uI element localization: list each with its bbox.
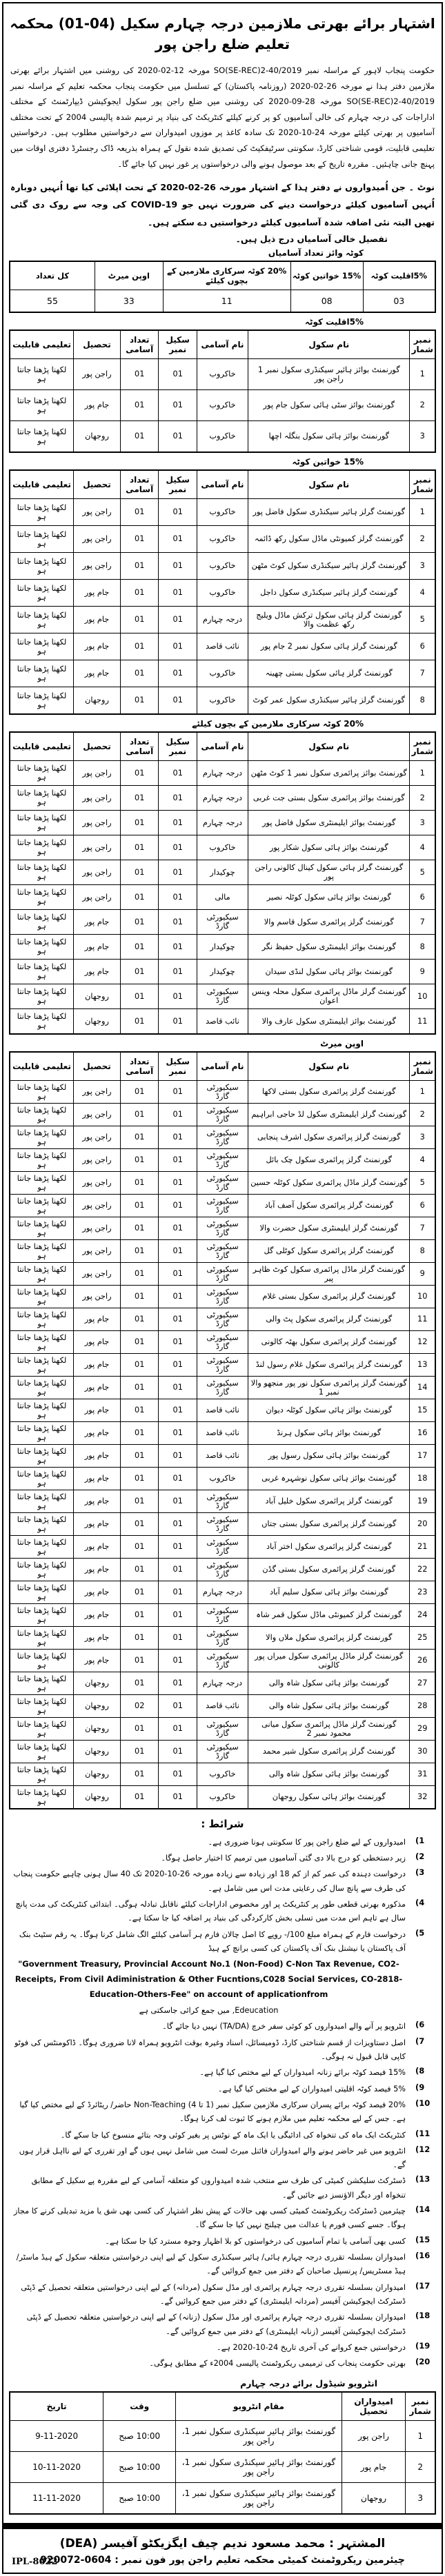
condition-number: (11 xyxy=(415,2129,436,2138)
condition-text: امیدواران بسلسلہ تقرری درجہ چہارم پرائمر… xyxy=(9,2281,406,2309)
cell: سیکیورٹی گارڈ xyxy=(197,1080,248,1103)
cell: سیکیورٹی گارڈ xyxy=(197,1353,248,1376)
cell: 01 xyxy=(159,1603,197,1626)
cell: 12 xyxy=(410,1330,435,1353)
cell: گورنمنٹ بوائز ایلیمنٹری سکول فاضل پور xyxy=(248,810,410,835)
cell: راجن پور xyxy=(74,525,121,552)
table-row: 2جام پورگورنمنٹ بوائز ہائیر سیکنڈری سکول… xyxy=(10,2451,435,2482)
column-header: تحصیل xyxy=(74,732,121,761)
table-row: 5گورنمنٹ گرلز ہائی سکول کینال کالونی راج… xyxy=(10,860,435,884)
cell: سیکیورٹی گارڈ xyxy=(197,1285,248,1308)
cell: 01 xyxy=(120,785,159,810)
cell: 01 xyxy=(120,498,159,525)
advert-ref-code: IPL-8622 xyxy=(12,2557,58,2567)
cell: چوکیدار xyxy=(197,959,248,984)
cell: سیکیورٹی گارڈ xyxy=(197,1308,248,1330)
table-row: 8گورنمنٹ گرلز پرائمری سکول کوٹلی گلسیکیو… xyxy=(10,1239,435,1262)
cell: گورنمنٹ گرلز پرائمری سکول قاسم والا xyxy=(248,909,410,934)
cell: گورنمنٹ گرلز ماڈل پرائمری سکول میراں پور… xyxy=(248,1649,410,1672)
cell: مالی xyxy=(197,884,248,909)
cell: 01 xyxy=(159,1490,197,1512)
cell: 01 xyxy=(120,1308,159,1330)
cell: جام پور xyxy=(74,660,121,687)
cell: لکھنا پڑھنا جانتا ہو xyxy=(10,1008,74,1034)
cell: گورنمنٹ گرلز پرائمری سکول خلیل آباد xyxy=(248,1490,410,1512)
cell: 01 xyxy=(120,1490,159,1512)
table-row: 23گورنمنٹ بوائز ہائی سکول سلیم آباددرجہ … xyxy=(10,1581,435,1603)
cell: سیکیورٹی گارڈ xyxy=(197,1490,248,1512)
cell: لکھنا پڑھنا جانتا ہو xyxy=(10,959,74,984)
table-row: 3گورنمنٹ بوائز ہائی سکول بنگلہ اچھاخاکرو… xyxy=(10,420,435,452)
cell: 01 xyxy=(120,1626,159,1649)
cell: جام پور xyxy=(74,633,121,660)
table-row: 6گورنمنٹ گرلز پرائمری سکول آصف آبادسیکیو… xyxy=(10,1194,435,1217)
cell: 01 xyxy=(159,420,197,452)
cell: 3 xyxy=(410,420,435,452)
cell: جام پور xyxy=(74,1558,121,1581)
table-row: 6گورنمنٹ گرلز ہائی سکول نمبر 2 جام پورنا… xyxy=(10,633,435,660)
column-header: نمبر شمار xyxy=(406,2392,435,2421)
cell: گورنمنٹ گرلز ہائیر سیکنڈری سکول داجل xyxy=(248,579,410,606)
interview-schedule-table: نمبر شمارامیدواران تحصیلمقام انٹرویووقتت… xyxy=(9,2391,436,2515)
cell: لکھنا پڑھنا جانتا ہو xyxy=(10,1581,74,1603)
quota-summary-caption: کوٹہ وائز تعداد آسامیاں xyxy=(9,248,364,258)
cell: نائب قاصد xyxy=(197,1444,248,1467)
cell: 01 xyxy=(159,552,197,579)
cell: روجھان xyxy=(74,984,121,1008)
cell: جام پور xyxy=(74,1467,121,1490)
cell: 01 xyxy=(159,1353,197,1376)
condition-text: درخواست دہندہ کی عمر کم از کم 18 اور زیا… xyxy=(9,1867,406,1896)
cell: 01 xyxy=(159,1649,197,1672)
cell: لکھنا پڑھنا جانتا ہو xyxy=(10,1490,74,1512)
table-row: 5گورنمنٹ گرلز ہائی سکول ترکش ماڈل ویلیج … xyxy=(10,606,435,633)
cell: 01 xyxy=(159,835,197,860)
column-header: نام آسامی xyxy=(197,732,248,761)
cell: لکھنا پڑھنا جانتا ہو xyxy=(10,884,74,909)
condition-text: زیر دستخطی کو درج بالا دی گئی آسامیوں می… xyxy=(9,1852,406,1865)
cell: 01 xyxy=(120,1080,159,1103)
cell: جام پور xyxy=(74,606,121,633)
condition-text: مذکورہ بھرتی قطعی طور پر کنٹریکٹ پر اور … xyxy=(9,1898,406,1926)
cell: 7 xyxy=(410,1217,435,1239)
cell: 6 xyxy=(410,633,435,660)
cell: 01 xyxy=(120,984,159,1008)
table-row: 1گورنمنٹ بوائز پرائمری سکول نمبر 1 کوٹ م… xyxy=(10,760,435,785)
employees-children-quota-table: نمبر شمارنام سکولنام آسامیسکیل نمبرتعداد… xyxy=(9,731,436,1035)
condition-text: 20% فیصد کوٹہ برائے پسران سرکاری ملازمین… xyxy=(9,2098,406,2127)
cell: 10:00 صبح xyxy=(103,2451,176,2482)
cell: 01 xyxy=(120,1239,159,1262)
table-row: 29گورنمنٹ گرلز ماڈل پرائمری سکول میانی م… xyxy=(10,1717,435,1740)
cell: سیکیورٹی گارڈ xyxy=(197,1239,248,1262)
condition-number: (2 xyxy=(415,1852,436,1861)
cell: 01 xyxy=(120,1217,159,1239)
cell: 01 xyxy=(159,1399,197,1421)
cell: 5 xyxy=(410,1171,435,1194)
condition-number: (18 xyxy=(415,2311,436,2320)
condition-text-tail: Edeucation, میں جمع کرائی جاسکتی ہے xyxy=(12,2004,406,2018)
cell: گورنمنٹ گرلز ایلیمنٹری سکول لڈ حاجی ابرا… xyxy=(248,1103,410,1126)
cell: لکھنا پڑھنا جانتا ہو xyxy=(10,1262,74,1285)
table-row: 7گورنمنٹ گرلز پرائمری سکول قاسم والاسیکی… xyxy=(10,909,435,934)
cell: لکھنا پڑھنا جانتا ہو xyxy=(10,1171,74,1194)
cell: سیکیورٹی گارڈ xyxy=(197,1649,248,1672)
condition-text: امیدواران بسلسلہ تقرری درجہ چہارم ہائی/ … xyxy=(9,2251,406,2279)
condition-number: (9 xyxy=(415,2082,436,2092)
table-row: 8گورنمنٹ بوائز ایلیمنٹری سکول حفیظ نگرچو… xyxy=(10,934,435,959)
table-row: 10گورنمنٹ گرلز ماڈل پرائمری سکول محلہ وی… xyxy=(10,984,435,1008)
cell: 01 xyxy=(159,579,197,606)
cell: لکھنا پڑھنا جانتا ہو xyxy=(10,785,74,810)
cell: 23 xyxy=(410,1581,435,1603)
cell: راجن پور xyxy=(74,1285,121,1308)
cell: 55 xyxy=(10,290,95,312)
cell: 01 xyxy=(159,1080,197,1103)
cell: 01 xyxy=(159,1308,197,1330)
cell: لکھنا پڑھنا جانتا ہو xyxy=(10,1080,74,1103)
column-header: 15% خواتین کوٹہ xyxy=(290,261,363,290)
table-row: 3گورنمنٹ گرلز ہائیر سیکنڈری سکول کوٹ مٹھ… xyxy=(10,552,435,579)
cell: لکھنا پڑھنا جانتا ہو xyxy=(10,1330,74,1353)
cell: 7 xyxy=(410,909,435,934)
cell: 01 xyxy=(120,1376,159,1399)
cell: 3 xyxy=(410,552,435,579)
cell: لکھنا پڑھنا جانتا ہو xyxy=(10,633,74,660)
cell: گورنمنٹ گرلز پرائمری سکول بھٹہ کالونی xyxy=(248,1330,410,1353)
cell: 01 xyxy=(120,1785,159,1809)
cell: گورنمنٹ گرلز کمیونٹی ماڈل سکول قمر شاہ xyxy=(248,1603,410,1626)
cell: 01 xyxy=(159,1694,197,1717)
condition-text: امیدواران بسلسلہ تقرری درجہ چہارم پرائمر… xyxy=(9,2311,406,2339)
table-row: 24گورنمنٹ گرلز کمیونٹی ماڈل سکول قمر شاہ… xyxy=(10,1603,435,1626)
cell: 3 xyxy=(410,1126,435,1148)
cell: روجھان xyxy=(74,687,121,714)
cell: گورنمنٹ گرلز ہائیر سیکنڈری سکول کوٹ مٹھن xyxy=(248,552,410,579)
condition-item: (14چیئرمین ڈسٹرکٹ ریکروٹمنٹ کمیٹی کسی بھ… xyxy=(9,2204,436,2233)
cell: 22 xyxy=(410,1558,435,1581)
cell: گورنمنٹ گرلز پرائمری سکول چک بائل xyxy=(248,1148,410,1171)
intro-paragraph: حکومت پنجاب لاہور کے مراسلہ نمبر SO(SE-R… xyxy=(10,63,435,172)
footer: المشتہر : محمد مسعود ندیم چیف ایگزیکٹو آ… xyxy=(9,2536,436,2566)
cell: نائب قاصد xyxy=(197,1694,248,1717)
condition-number: (14 xyxy=(415,2204,436,2214)
cell: گورنمنٹ بوائز ایلیمنٹری سکول حفیظ نگر xyxy=(248,934,410,959)
condition-item: (18امیدواران بسلسلہ تقرری درجہ چہارم پرا… xyxy=(9,2311,436,2339)
cell: 2 xyxy=(406,2451,435,2482)
cell: 01 xyxy=(120,1008,159,1034)
cell: راجن پور xyxy=(74,1148,121,1171)
table-row: 30گورنمنٹ گرلز پرائمری سکول شیر محمدسیکی… xyxy=(10,1740,435,1763)
cell: 01 xyxy=(159,1262,197,1285)
cell: 01 xyxy=(120,1126,159,1148)
cell: لکھنا پڑھنا جانتا ہو xyxy=(10,1103,74,1126)
cell: لکھنا پڑھنا جانتا ہو xyxy=(10,860,74,884)
condition-number: (10 xyxy=(415,2098,436,2108)
cell: 01 xyxy=(159,1171,197,1194)
cell: 1 xyxy=(410,498,435,525)
condition-item: (1امیدواروں کے لیے ضلع راجن پور کا سکونت… xyxy=(9,1836,436,1849)
cell: لکھنا پڑھنا جانتا ہو xyxy=(10,1194,74,1217)
cell: لکھنا پڑھنا جانتا ہو xyxy=(10,984,74,1008)
cell: لکھنا پڑھنا جانتا ہو xyxy=(10,1740,74,1763)
note-paragraph: نوٹ ۔ جن اُمیدواروں نے دفتر ہذا کے اشتہا… xyxy=(10,179,435,231)
cell: 15 xyxy=(410,1399,435,1421)
cell: سیکیورٹی گارڈ xyxy=(197,1217,248,1239)
cell: 01 xyxy=(120,959,159,984)
cell: 01 xyxy=(159,1330,197,1353)
cell: 01 xyxy=(120,606,159,633)
cell: درجہ چہارم xyxy=(197,760,248,785)
cell: سیکیورٹی گارڈ xyxy=(197,1376,248,1399)
cell: لکھنا پڑھنا جانتا ہو xyxy=(10,909,74,934)
cell: جام پور xyxy=(74,909,121,934)
column-header: نمبر شمار xyxy=(410,732,435,761)
condition-item: (6انٹرویو پر آنے والے امیدواروں کو کوئی … xyxy=(9,2020,436,2034)
condition-number: (17 xyxy=(415,2281,436,2291)
cell: سیکیورٹی گارڈ xyxy=(197,1148,248,1171)
cell: لکھنا پڑھنا جانتا ہو xyxy=(10,1399,74,1421)
cell: گورنمنٹ بوائز پرائمری سکول بستی جت غربی xyxy=(248,785,410,810)
cell: راجن پور xyxy=(74,810,121,835)
cell: گورنمنٹ گرلز ماڈل پرائمری سکول میانی محم… xyxy=(248,1717,410,1740)
cell: روجھان xyxy=(342,2482,406,2514)
cell: جام پور xyxy=(74,1603,121,1626)
cell: 01 xyxy=(159,860,197,884)
table-row: 25گورنمنٹ گرلز پرائمری سکول ملاں والاسیک… xyxy=(10,1626,435,1649)
advertiser-line: المشتہر : محمد مسعود ندیم چیف ایگزیکٹو آ… xyxy=(9,2536,436,2550)
cell: گورنمنٹ گرلز ہائیر سیکنڈری سکول فاضل پور xyxy=(248,498,410,525)
cell: 26 xyxy=(410,1649,435,1672)
cell: سیکیورٹی گارڈ xyxy=(197,1535,248,1558)
cell: گورنمنٹ بوائز ہائی سکول لنڈی سیدان xyxy=(248,959,410,984)
cell: 4 xyxy=(410,1148,435,1171)
cell: 5 xyxy=(410,860,435,884)
table-row: 10گورنمنٹ گرلز پرائمری سکول بستی غلامسیک… xyxy=(10,1285,435,1308)
condition-text: درخواستیں جمع کروانے کی آخری تاریخ 24-10… xyxy=(9,2341,406,2355)
cell: 1 xyxy=(410,760,435,785)
table-row: 26گورنمنٹ گرلز ماڈل پرائمری سکول میراں پ… xyxy=(10,1649,435,1672)
cell: 31 xyxy=(410,1763,435,1785)
cell: راجن پور xyxy=(74,1126,121,1148)
cell: لکھنا پڑھنا جانتا ہو xyxy=(10,1421,74,1444)
cell: 30 xyxy=(410,1740,435,1763)
cell: 01 xyxy=(120,760,159,785)
condition-item: (4مذکورہ بھرتی قطعی طور پر کنٹریکٹ پر او… xyxy=(9,1898,436,1926)
cell: گورنمنٹ گرلز ماڈل پرائمری سکول کوٹلہ حسی… xyxy=(248,1171,410,1194)
cell: سیکیورٹی گارڈ xyxy=(197,1171,248,1194)
cell: گورنمنٹ گرلز ہائی سکول ترکش ماڈل ویلیج ر… xyxy=(248,606,410,633)
condition-text: انٹرویو میں غیر حاضر ہونے والے امیدواران… xyxy=(9,2144,406,2173)
cell: 20 xyxy=(410,1512,435,1535)
cell: 01 xyxy=(120,1603,159,1626)
condition-item: (12انٹرویو میں غیر حاضر ہونے والے امیدوا… xyxy=(9,2144,436,2173)
cell: جام پور xyxy=(74,1330,121,1353)
cell: 01 xyxy=(159,1626,197,1649)
cell: 01 xyxy=(120,389,159,420)
cell: گورنمنٹ گرلز ہائی سکول نمبر 2 جام پور xyxy=(248,633,410,660)
table-row: 5گورنمنٹ گرلز ماڈل پرائمری سکول کوٹلہ حس… xyxy=(10,1171,435,1194)
cell: سیکیورٹی گارڈ xyxy=(197,984,248,1008)
cell: گورنمنٹ بوائز ہائی سکول شکار پور xyxy=(248,835,410,860)
table-row: 0308113355 xyxy=(10,290,435,312)
column-header: 5%اقلیت کوٹہ xyxy=(363,261,435,290)
cell: راجن پور xyxy=(74,884,121,909)
cell: روجھان xyxy=(74,1785,121,1809)
cell: گورنمنٹ بوائز ہائیر سیکنڈری سکول نمبر 1،… xyxy=(176,2451,342,2482)
column-header: نام سکول xyxy=(248,732,410,761)
chairman-contact-line: چیئرمین ریکروٹمنٹ کمیٹی محکمہ تعلیم راجن… xyxy=(9,2555,436,2566)
cell: 01 xyxy=(120,810,159,835)
table-row: 20گورنمنٹ گرلز پرائمری سکول بستی جتاںسیک… xyxy=(10,1512,435,1535)
cell: 01 xyxy=(159,1126,197,1148)
cell: 01 xyxy=(120,1717,159,1740)
cell: 2 xyxy=(410,785,435,810)
note-label: نوٹ ۔ xyxy=(409,182,435,192)
table-row: 14گورنمنٹ گرلز پرائمری سکول نور پور منجھ… xyxy=(10,1376,435,1399)
divider-bar xyxy=(3,2523,442,2529)
cell: گورنمنٹ بوائز ہائی سکول کوٹلہ نصیر xyxy=(248,884,410,909)
cell: 8 xyxy=(410,934,435,959)
cell: 01 xyxy=(120,1649,159,1672)
column-header: نمبر شمار xyxy=(410,470,435,499)
condition-item: (17امیدواران بسلسلہ تقرری درجہ چہارم پرا… xyxy=(9,2281,436,2309)
cell: 11-11-2020 xyxy=(10,2482,103,2514)
table-row: 21گورنمنٹ گرلز پرائمری سکول اختر آبادسیک… xyxy=(10,1535,435,1558)
table-row: 1گورنمنٹ بوائز ہائیر سیکنڈری سکول نمبر 1… xyxy=(10,358,435,389)
cell: گورنمنٹ گرلز ماڈل پرائمری سکول محلہ وینس… xyxy=(248,984,410,1008)
table-row: 4گورنمنٹ گرلز پرائمری سکول چک بائلسیکیور… xyxy=(10,1148,435,1171)
cell: راجن پور xyxy=(74,785,121,810)
minority-quota-table: نمبر شمارنام سکولنام آسامیسکیل نمبرتعداد… xyxy=(9,329,436,453)
cell: راجن پور xyxy=(74,1239,121,1262)
cell: گورنمنٹ گرلز پرائمری سکول نور پور منجھو … xyxy=(248,1376,410,1399)
cell: 11 xyxy=(410,1308,435,1330)
cell: 01 xyxy=(159,1008,197,1034)
table-row: 1گورنمنٹ گرلز پرائمری سکول بستی لاکھاسیک… xyxy=(10,1080,435,1103)
column-header: تعلیمی قابلیت xyxy=(10,732,74,761)
cell: گورنمنٹ گرلز پرائمری سکول کوٹلی گل xyxy=(248,1239,410,1262)
table-row: 2گورنمنٹ گرلز ایلیمنٹری سکول لڈ حاجی ابر… xyxy=(10,1103,435,1126)
cell: 3 xyxy=(406,2482,435,2514)
cell: راجن پور xyxy=(74,1217,121,1239)
cell: گورنمنٹ گرلز ہائیر سیکنڈری سکول عمر کوٹ xyxy=(248,687,410,714)
cell: گورنمنٹ گرلز پرائمری سکول بستی گڈن xyxy=(248,1558,410,1581)
condition-text: درخواست فارم کے ہمراہ مبلغ 100/- روپے کا… xyxy=(9,1928,406,2018)
cell: 01 xyxy=(159,1740,197,1763)
column-header: تاریخ xyxy=(10,2392,103,2421)
cell: 08 xyxy=(290,290,363,312)
cell: 01 xyxy=(159,1717,197,1740)
cell: 01 xyxy=(159,785,197,810)
cell: لکھنا پڑھنا جانتا ہو xyxy=(10,1285,74,1308)
cell: 01 xyxy=(120,1285,159,1308)
cell: 01 xyxy=(120,835,159,860)
cell: گورنمنٹ گرلز پرائمری سکول آصف آباد xyxy=(248,1194,410,1217)
cell: خاکروب xyxy=(197,525,248,552)
column-header: نمبر شمار xyxy=(410,1052,435,1081)
cell: 8 xyxy=(410,687,435,714)
cell: خاکروب xyxy=(197,498,248,525)
cell: 01 xyxy=(159,884,197,909)
cell: نائب قاصد xyxy=(197,1399,248,1421)
cell: 01 xyxy=(159,358,197,389)
cell: 01 xyxy=(120,579,159,606)
cell: 01 xyxy=(120,1467,159,1490)
cell: 01 xyxy=(120,934,159,959)
cell: درجہ چہارم xyxy=(197,810,248,835)
condition-number: (3 xyxy=(415,1867,436,1877)
cell: 5 xyxy=(410,606,435,633)
conditions-list: (1امیدواروں کے لیے ضلع راجن پور کا سکونت… xyxy=(9,1836,436,2371)
cell: 01 xyxy=(120,1194,159,1217)
condition-text: امیدواروں کے لیے ضلع راجن پور کا سکونتی … xyxy=(9,1836,406,1849)
cell: 01 xyxy=(120,1763,159,1785)
cell: گورنمنٹ بوائز ہائی سکول کوٹلہ دیوان xyxy=(248,1399,410,1421)
cell: لکھنا پڑھنا جانتا ہو xyxy=(10,1763,74,1785)
condition-text: 5% فیصد کوٹہ اقلیتی امیدواران کے لیے مخت… xyxy=(9,2082,406,2096)
cell: سیکیورٹی گارڈ xyxy=(197,1740,248,1763)
cell: 7 xyxy=(410,660,435,687)
cell: لکھنا پڑھنا جانتا ہو xyxy=(10,498,74,525)
cell: درجہ چہارم xyxy=(197,1672,248,1694)
table-row: 1گورنمنٹ گرلز ہائیر سیکنڈری سکول فاضل پو… xyxy=(10,498,435,525)
cell: 01 xyxy=(120,1171,159,1194)
page-title: اشتہار برائے بھرتی ملازمین درجہ چہارم سک… xyxy=(9,13,436,54)
cell: 10:00 صبح xyxy=(103,2482,176,2514)
condition-number: (12 xyxy=(415,2144,436,2154)
condition-item: (7اصل دستاویزات از قسم شناختی کارڈ، ڈومی… xyxy=(9,2036,436,2065)
cell: 9-11-2020 xyxy=(10,2420,103,2451)
cell: 3 xyxy=(410,810,435,835)
condition-english-text: "Government Treasury, Provincial Account… xyxy=(12,1957,406,2002)
cell: 9 xyxy=(410,959,435,984)
table-row: 1راجن پورگورنمنٹ بوائز ہائیر سیکنڈری سکو… xyxy=(10,2420,435,2451)
table-row: 9گورنمنٹ بوائز ہائی سکول لنڈی سیدانچوکید… xyxy=(10,959,435,984)
cell: راجن پور xyxy=(74,358,121,389)
cell: سیکیورٹی گارڈ xyxy=(197,1194,248,1217)
cell: سیکیورٹی گارڈ xyxy=(197,1717,248,1740)
cell: درجہ چہارم xyxy=(197,606,248,633)
cell: 01 xyxy=(159,810,197,835)
column-header: نام سکول xyxy=(248,330,410,359)
cell: 01 xyxy=(120,633,159,660)
cell: گورنمنٹ گرلز پرائمری سکول بستی جتاں xyxy=(248,1512,410,1535)
cell: خاکروب xyxy=(197,358,248,389)
cell: سیکیورٹی گارڈ xyxy=(197,909,248,934)
condition-number: (1 xyxy=(415,1836,436,1845)
cell: لکھنا پڑھنا جانتا ہو xyxy=(10,760,74,785)
condition-item: (815% فیصد کوٹہ برائے زنانہ امیدواران کے… xyxy=(9,2066,436,2080)
cell: سیکیورٹی گارڈ xyxy=(197,1603,248,1626)
cell: 01 xyxy=(159,1467,197,1490)
condition-item: (3درخواست دہندہ کی عمر کم از کم 18 اور ز… xyxy=(9,1867,436,1896)
table-row: 2گورنمنٹ بوائز سٹی ہائی سکول جام پورخاکر… xyxy=(10,389,435,420)
cell: خاکروب xyxy=(197,389,248,420)
table-row: 3گورنمنٹ گرلز پرائمری سکول اشرف پنجابیسی… xyxy=(10,1126,435,1148)
table-row: 3روجھانگورنمنٹ بوائز ہائیر سیکنڈری سکول … xyxy=(10,2482,435,2514)
cell: لکھنا پڑھنا جانتا ہو xyxy=(10,1308,74,1330)
condition-text: انٹرویو پر آنے والے امیدواروں کو کوئی سف… xyxy=(9,2020,406,2034)
cell: لکھنا پڑھنا جانتا ہو xyxy=(10,810,74,835)
condition-number: (19 xyxy=(415,2341,436,2351)
cell: روجھان xyxy=(74,1740,121,1763)
table-row: 13گورنمنٹ گرلز پرائمری سکول غلام رسول لن… xyxy=(10,1353,435,1376)
condition-item: (19درخواستیں جمع کروانے کی آخری تاریخ 24… xyxy=(9,2341,436,2355)
table-row: 7گورنمنٹ گرلز ایلیمنٹری سکول حضرت والاسی… xyxy=(10,1217,435,1239)
cell: گورنمنٹ بوائز ہائی سکول سلیم آباد xyxy=(248,1581,410,1603)
cell: سیکیورٹی گارڈ xyxy=(197,1126,248,1148)
